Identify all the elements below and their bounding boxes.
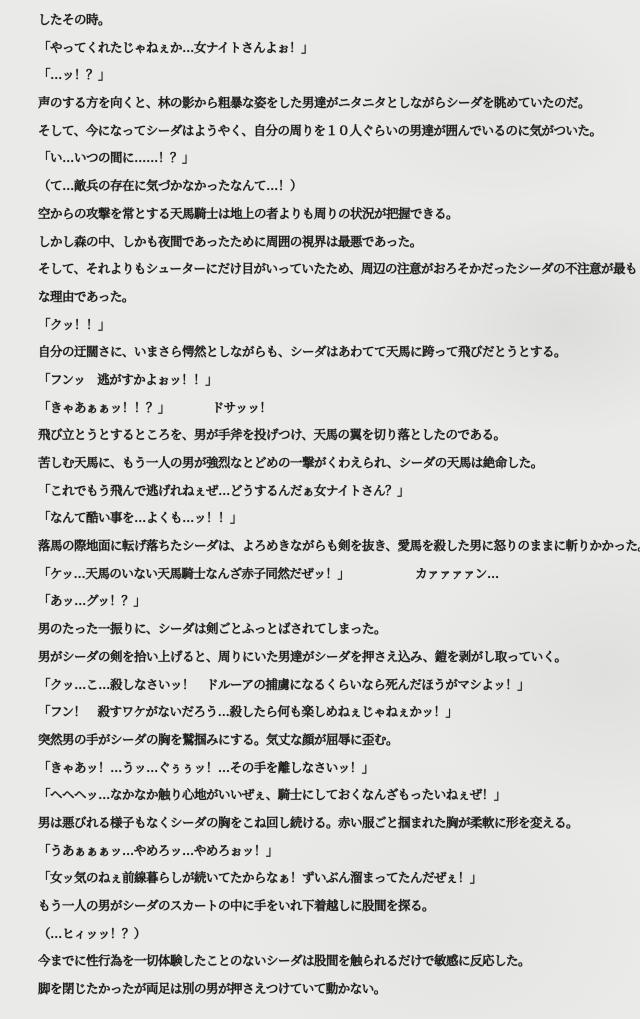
text-line: 空からの攻撃を常とする天馬騎士は地上の者よりも周りの状況が把握できる。 (38, 201, 626, 229)
text-line: 「やってくれたじゃねぇか…女ナイトさんよぉ！」 (38, 35, 626, 63)
text-line: したその時。 (38, 7, 626, 35)
text-line: 男がシーダの剣を拾い上げると、周りにいた男達がシーダを押さえ込み、鎧を剥がし取っ… (38, 644, 626, 672)
text-line: な理由であった。 (38, 284, 626, 312)
text-line: 「女ッ気のねぇ前線暮らしが続いてたからなぁ！ずいぶん溜まってたんだぜぇ！」 (38, 865, 626, 893)
text-line: もう一人の男がシーダのスカートの中に手をいれ下着越しに股間を探る。 (38, 893, 626, 921)
text-line: 「フン！ 殺すワケがないだろう…殺したら何も楽しめねぇじゃねぇかッ！」 (38, 699, 626, 727)
text-line: （て…敵兵の存在に気づかなかったなんて…！） (38, 173, 626, 201)
document-page: したその時。「やってくれたじゃねぇか…女ナイトさんよぉ！」「…ッ！？」声のする方… (0, 0, 640, 1019)
text-line: 男は悪びれる様子もなくシーダの胸をこね回し続ける。赤い服ごと掴まれた胸が柔軟に形… (38, 810, 626, 838)
text-line: 「きゃあッ！…うッ…ぐぅぅッ！…その手を離しなさいッ！」 (38, 755, 626, 783)
text-line: 「ケッ…天馬のいない天馬騎士なんざ赤子同然だぜッ！」 カァァァァン… (38, 561, 626, 589)
text-line: 「クッ…こ…殺しなさいッ！ ドルーアの捕虜になるくらいなら死んだほうがマシよッ！… (38, 672, 626, 700)
text-line: そして、それよりもシューターにだけ目がいっていたため、周辺の注意がおろそかだった… (38, 256, 626, 284)
text-line: 突然男の手がシーダの胸を鷲掴みにする。気丈な顔が屈辱に歪む。 (38, 727, 626, 755)
text-line: 脚を閉じたかったが両足は別の男が押さえつけていて動かない。 (38, 976, 626, 1004)
text-line: 「きゃあぁぁッ！！？」 ドサッッ！ (38, 395, 626, 423)
text-line: 今までに性行為を一切体験したことのないシーダは股間を触られるだけで敏感に反応した… (38, 948, 626, 976)
text-line: 自分の迂闊さに、いまさら愕然としながらも、シーダはあわてて天馬に跨って飛びだとう… (38, 339, 626, 367)
text-line: 男のたった一振りに、シーダは剣ごとふっとばされてしまった。 (38, 616, 626, 644)
text-line: 声のする方を向くと、林の影から粗暴な姿をした男達がニタニタとしながらシーダを眺め… (38, 90, 626, 118)
text-block: したその時。「やってくれたじゃねぇか…女ナイトさんよぉ！」「…ッ！？」声のする方… (0, 0, 640, 1004)
text-line: 「い…いつの間に……！？」 (38, 145, 626, 173)
text-line: 「これでもう飛んで逃げれねぇぜ…どうするんだぁ女ナイトさん？」 (38, 478, 626, 506)
text-line: 苦しむ天馬に、もう一人の男が強烈なとどめの一撃がくわえられ、シーダの天馬は絶命し… (38, 450, 626, 478)
text-line: 落馬の際地面に転げ落ちたシーダは、よろめきながらも剣を抜き、愛馬を殺した男に怒り… (38, 533, 626, 561)
text-line: 飛び立とうとするところを、男が手斧を投げつけ、天馬の翼を切り落としたのである。 (38, 422, 626, 450)
text-line: 「フンッ 逃がすかよぉッ！！」 (38, 367, 626, 395)
text-line: 「…ッ！？」 (38, 62, 626, 90)
text-line: 「クッ！！」 (38, 312, 626, 340)
text-line: そして、今になってシーダはようやく、自分の周りを１０人ぐらいの男達が囲んでいるの… (38, 118, 626, 146)
text-line: しかし森の中、しかも夜間であったために周囲の視界は最悪であった。 (38, 229, 626, 257)
text-line: （…ヒィッッ！？） (38, 921, 626, 949)
text-line: 「うあぁぁぁッ…やめろッ…やめろぉッ！」 (38, 838, 626, 866)
text-line: 「なんて酷い事を…よくも…ッ！！」 (38, 505, 626, 533)
text-line: 「あッ…グッ！？」 (38, 588, 626, 616)
text-line: 「ヘヘヘッ…なかなか触り心地がいいぜぇ、騎士にしておくなんざもったいねぇぜ！」 (38, 782, 626, 810)
